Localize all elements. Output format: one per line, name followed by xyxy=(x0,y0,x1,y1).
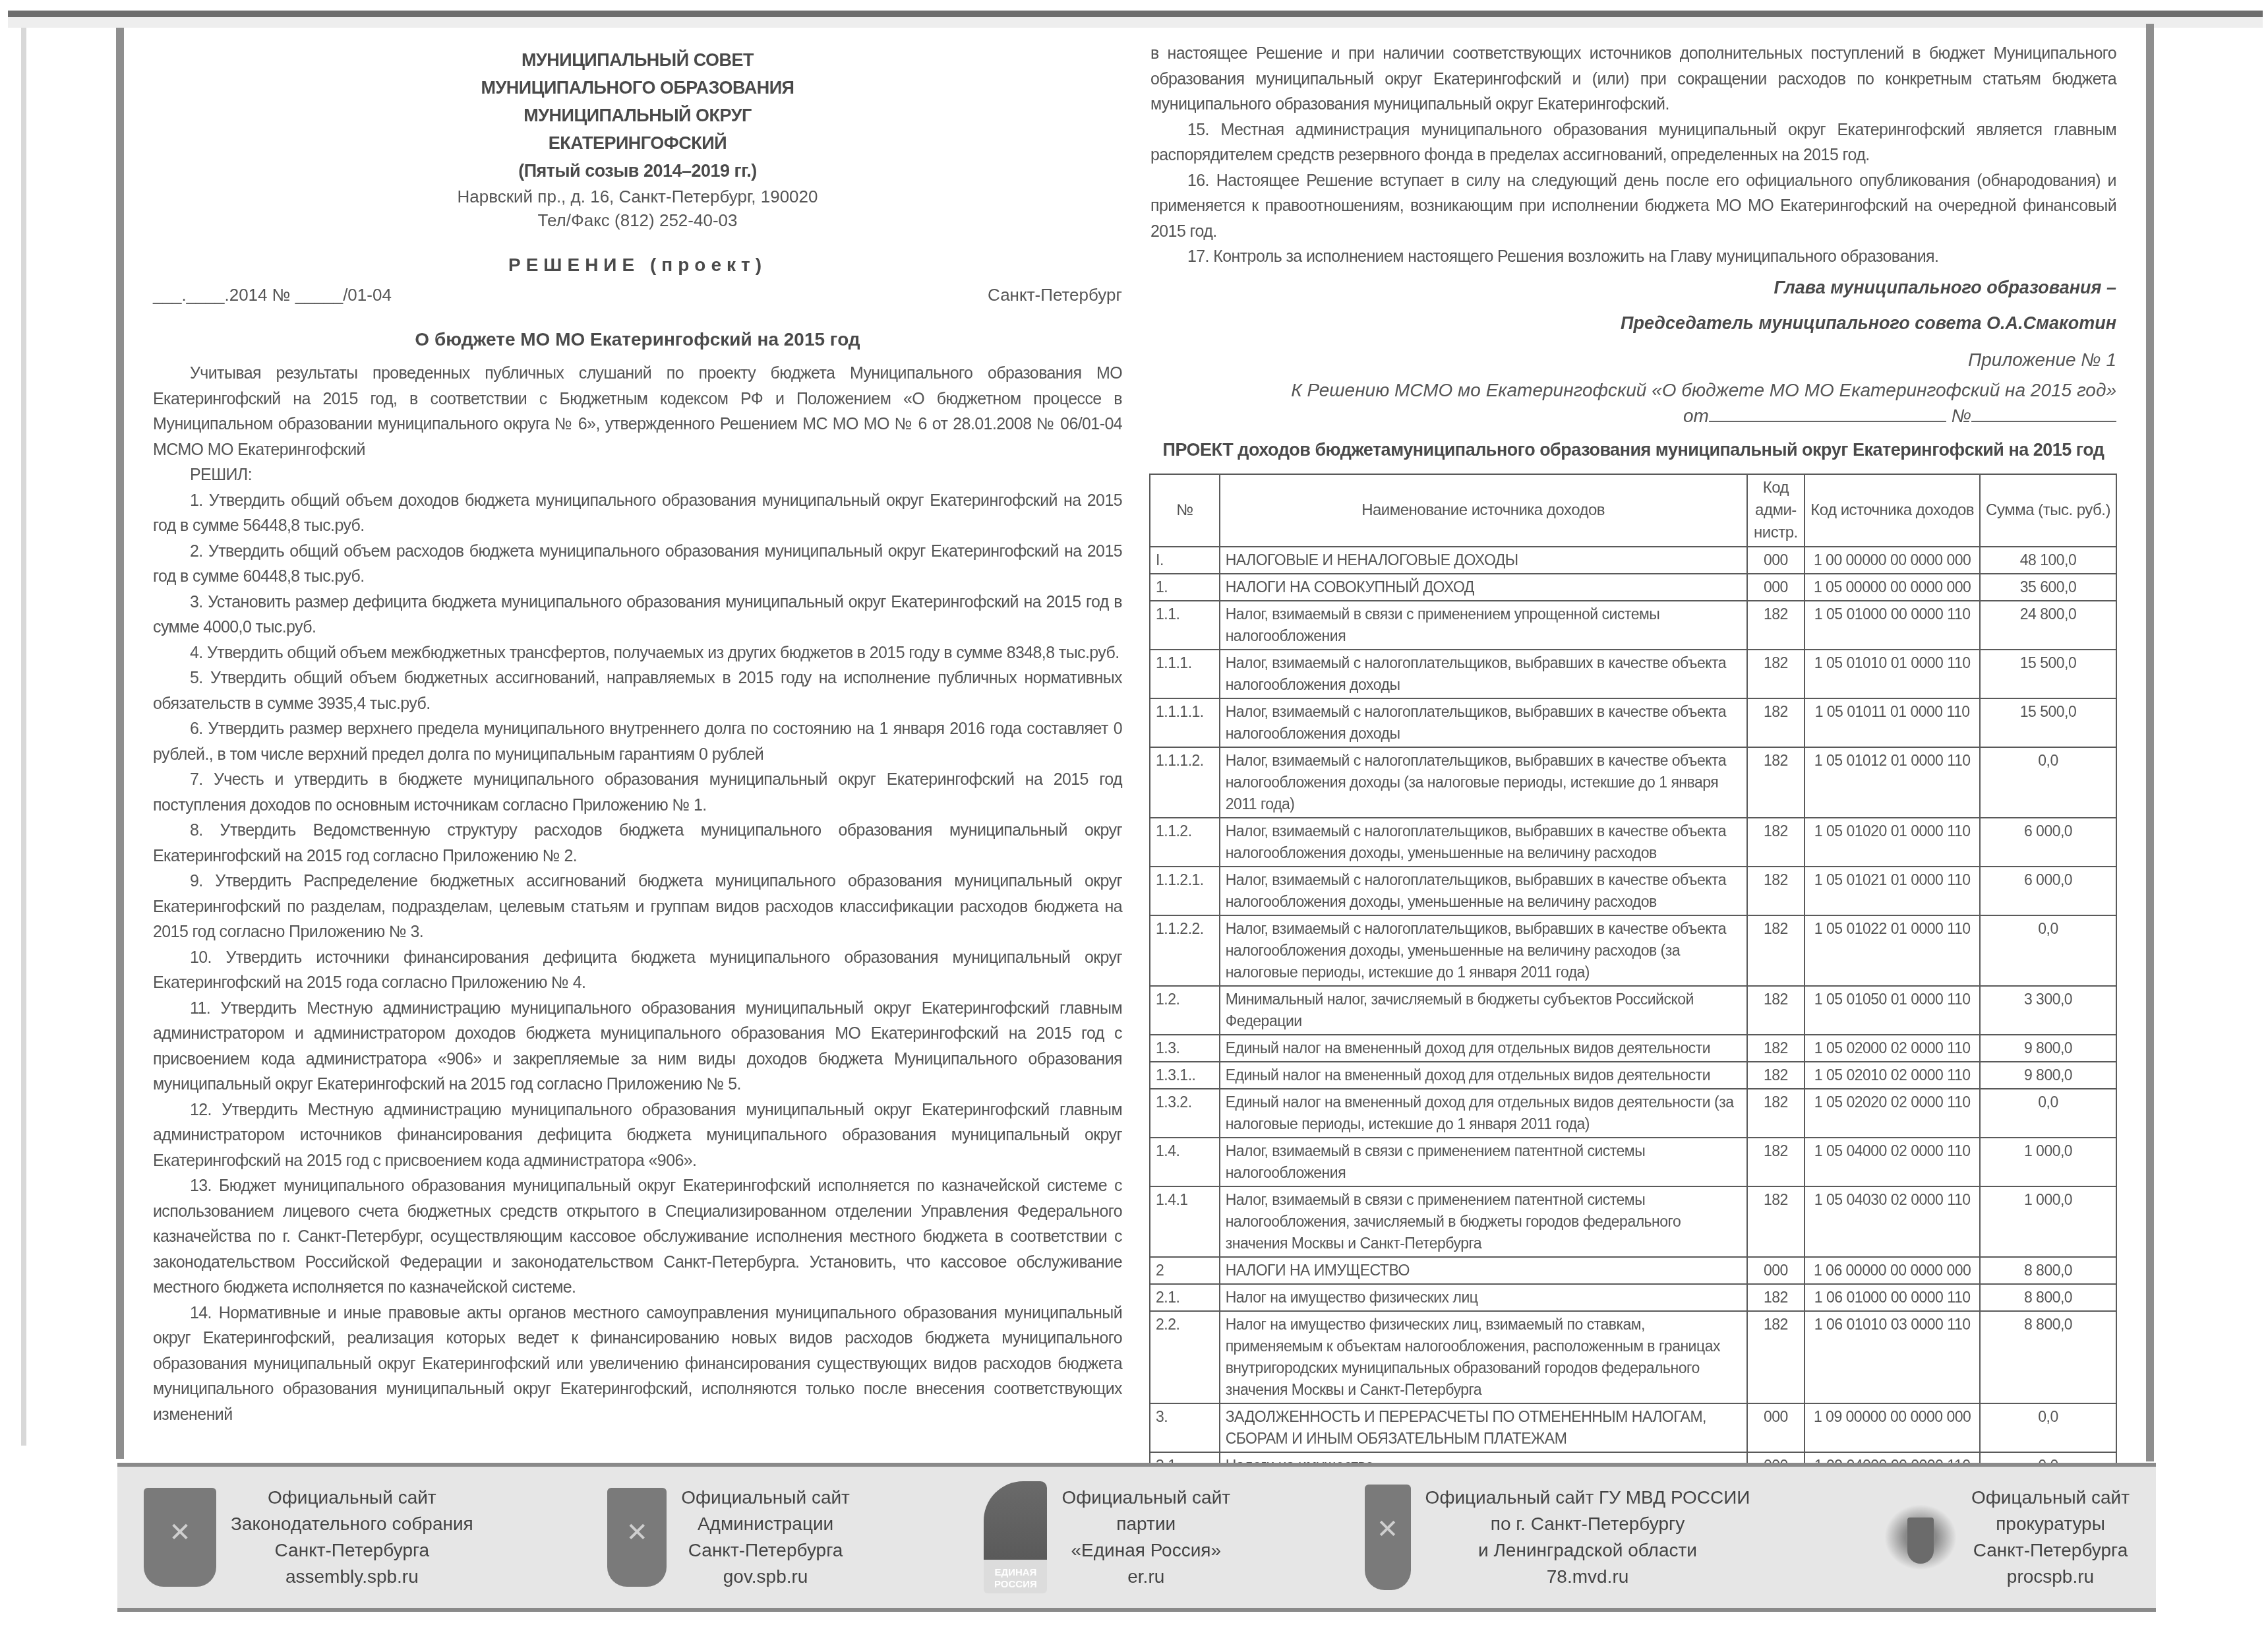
cell-name: НАЛОГИ НА СОВОКУПНЫЙ ДОХОД xyxy=(1220,574,1747,601)
cell-code: 1 05 00000 00 0000 000 xyxy=(1805,574,1980,601)
item-14-continued: в настоящее Решение и при наличии соотве… xyxy=(1150,41,2116,117)
table-row: 2НАЛОГИ НА ИМУЩЕСТВО0001 06 00000 00 000… xyxy=(1150,1257,2116,1284)
footer-url[interactable]: procspb.ru xyxy=(1971,1564,2130,1590)
cell-name: НАЛОГОВЫЕ И НЕНАЛОГОВЫЕ ДОХОДЫ xyxy=(1220,547,1747,574)
cell-name: Налог, взимаемый с налогоплательщиков, в… xyxy=(1220,747,1747,818)
cell-no: 2.1. xyxy=(1150,1284,1220,1311)
cell-admin: 182 xyxy=(1747,698,1805,747)
cell-no: 1.3.2. xyxy=(1150,1089,1220,1138)
cell-code: 1 05 02020 02 0000 110 xyxy=(1805,1089,1980,1138)
official-sites-banner: Официальный сайт Законодательного собран… xyxy=(117,1463,2156,1612)
spb-assembly-emblem-icon xyxy=(144,1488,216,1587)
table-row: 2.2.Налог на имущество физических лиц, в… xyxy=(1150,1311,2116,1403)
decision-body: Учитывая результаты проведенных публичны… xyxy=(153,361,1122,1427)
table-row: 1.4.Налог, взимаемый в связи с применени… xyxy=(1150,1138,2116,1186)
footer-link-text: Офицальный сайт прокуратуры Санкт-Петерб… xyxy=(1971,1485,2130,1590)
cell-name: Налог, взимаемый в связи с применением у… xyxy=(1220,601,1747,650)
footer-line: прокуратуры xyxy=(1971,1511,2130,1537)
cell-sum: 0,0 xyxy=(1980,1403,2116,1452)
cell-name: Минимальный налог, зачисляемый в бюджеты… xyxy=(1220,986,1747,1035)
footer-link-united-russia[interactable]: ЕДИНАЯ РОССИЯ Официальный сайт партии «Е… xyxy=(984,1481,1230,1593)
cell-admin: 182 xyxy=(1747,650,1805,698)
cell-admin: 182 xyxy=(1747,915,1805,986)
cell-name: Единый налог на вмененный доход для отде… xyxy=(1220,1089,1747,1138)
cell-no: 2.2. xyxy=(1150,1311,1220,1403)
cell-no: 1.1.2. xyxy=(1150,818,1220,867)
cell-no: 1.1.2.1. xyxy=(1150,867,1220,915)
footer-line: Официальный сайт ГУ МВД РОССИИ xyxy=(1425,1485,1750,1511)
cell-sum: 6 000,0 xyxy=(1980,867,2116,915)
table-row: 1.4.1Налог, взимаемый в связи с применен… xyxy=(1150,1186,2116,1257)
decision-item: 17. Контроль за исполнением настоящего Р… xyxy=(1150,244,2116,270)
decision-item: 2. Утвердить общий объем расходов бюджет… xyxy=(153,539,1122,590)
table-row: 1.1.Налог, взимаемый в связи с применени… xyxy=(1150,601,2116,650)
cell-sum: 1 000,0 xyxy=(1980,1186,2116,1257)
decision-item: 3. Установить размер дефицита бюджета му… xyxy=(153,590,1122,640)
cell-name: Налог на имущество физических лиц xyxy=(1220,1284,1747,1311)
footer-url[interactable]: 78.mvd.ru xyxy=(1425,1564,1750,1590)
right-column: в настоящее Решение и при наличии соотве… xyxy=(1150,41,2116,1480)
footer-line: по г. Санкт-Петербургу xyxy=(1425,1511,1750,1537)
table-row: 1.1.2.Налог, взимаемый с налогоплательщи… xyxy=(1150,818,2116,867)
footer-link-prosecutor[interactable]: Офицальный сайт прокуратуры Санкт-Петерб… xyxy=(1884,1485,2130,1590)
preamble: Учитывая результаты проведенных публичны… xyxy=(153,361,1122,462)
cell-sum: 9 800,0 xyxy=(1980,1062,2116,1089)
table-row: 1.3.Единый налог на вмененный доход для … xyxy=(1150,1035,2116,1062)
mvd-emblem-icon xyxy=(1365,1485,1411,1590)
decision-item: 5. Утвердить общий объем бюджетных ассиг… xyxy=(153,665,1122,716)
cell-admin: 000 xyxy=(1747,574,1805,601)
footer-url[interactable]: er.ru xyxy=(1061,1564,1230,1590)
cell-admin: 182 xyxy=(1747,1089,1805,1138)
cell-admin: 182 xyxy=(1747,1186,1805,1257)
cell-code: 1 05 01011 01 0000 110 xyxy=(1805,698,1980,747)
footer-link-text: Официальный сайт Законодательного собран… xyxy=(231,1485,473,1590)
cell-no: 1.1.2.2. xyxy=(1150,915,1220,986)
table-header-row: № Наименование источника доходов Код адм… xyxy=(1150,474,2116,547)
footer-line: Законодательного собрания xyxy=(231,1511,473,1537)
table-row: 1.2.Минимальный налог, зачисляемый в бюд… xyxy=(1150,986,2116,1035)
cell-sum: 15 500,0 xyxy=(1980,698,2116,747)
cell-name: Налог на имущество физических лиц, взима… xyxy=(1220,1311,1747,1403)
cell-no: 1.4.1 xyxy=(1150,1186,1220,1257)
table-row: 1.3.2.Единый налог на вмененный доход дл… xyxy=(1150,1089,2116,1138)
cell-name: Налог, взимаемый с налогоплательщиков, в… xyxy=(1220,698,1747,747)
cell-code: 1 05 01050 01 0000 110 xyxy=(1805,986,1980,1035)
table-row: 1.1.2.2.Налог, взимаемый с налогоплатель… xyxy=(1150,915,2116,986)
decision-item: 15. Местная администрация муниципального… xyxy=(1150,117,2116,168)
footer-line: и Ленинградской области xyxy=(1425,1537,1750,1564)
decision-item: 11. Утвердить Местную администрацию муни… xyxy=(153,996,1122,1097)
cell-code: 1 05 01012 01 0000 110 xyxy=(1805,747,1980,818)
income-table-title: ПРОЕКТ доходов бюджетамуниципального обр… xyxy=(1150,440,2116,460)
footer-link-text: Официальный сайт Администрации Санкт-Пет… xyxy=(681,1485,850,1590)
cell-sum: 3 300,0 xyxy=(1980,986,2116,1035)
cell-sum: 24 800,0 xyxy=(1980,601,2116,650)
cell-name: Налог, взимаемый в связи с применением п… xyxy=(1220,1138,1747,1186)
cell-no: 1.4. xyxy=(1150,1138,1220,1186)
cell-admin: 000 xyxy=(1747,547,1805,574)
phone: Тел/Факс (812) 252-40-03 xyxy=(153,208,1122,232)
number-blank xyxy=(1971,421,2116,422)
decision-item: 6. Утвердить размер верхнего предела мун… xyxy=(153,716,1122,767)
cell-sum: 0,0 xyxy=(1980,915,2116,986)
table-row: 1.1.1.1.Налог, взимаемый с налогоплатель… xyxy=(1150,698,2116,747)
signature-name: Председатель муниципального совета О.А.С… xyxy=(1150,305,2116,341)
table-row: 2.1.Налог на имущество физических лиц182… xyxy=(1150,1284,2116,1311)
cell-code: 1 06 01010 03 0000 110 xyxy=(1805,1311,1980,1403)
cell-code: 1 05 04000 02 0000 110 xyxy=(1805,1138,1980,1186)
logo-text: ЕДИНАЯ РОССИЯ xyxy=(984,1567,1047,1591)
cell-no: 1.2. xyxy=(1150,986,1220,1035)
cell-sum: 0,0 xyxy=(1980,747,2116,818)
cell-admin: 182 xyxy=(1747,1035,1805,1062)
cell-no: 2 xyxy=(1150,1257,1220,1284)
col-header-sum: Сумма (тыс. руб.) xyxy=(1980,474,2116,547)
cell-name: Налог, взимаемый в связи с применением п… xyxy=(1220,1186,1747,1257)
prosecutor-eagle-icon xyxy=(1884,1485,1957,1590)
decision-item: 1. Утвердить общий объем доходов бюджета… xyxy=(153,488,1122,539)
cell-admin: 182 xyxy=(1747,867,1805,915)
document-title: О бюджете МО МО Екатерингофский на 2015 … xyxy=(153,329,1122,350)
footer-line: Санкт-Петербурга xyxy=(681,1537,850,1564)
cell-admin: 182 xyxy=(1747,601,1805,650)
footer-line: Официальный сайт xyxy=(1061,1485,1230,1511)
table-row: 1.3.1..Единый налог на вмененный доход д… xyxy=(1150,1062,2116,1089)
cell-name: Единый налог на вмененный доход для отде… xyxy=(1220,1062,1747,1089)
footer-link-text: Официальный сайт ГУ МВД РОССИИ по г. Сан… xyxy=(1425,1485,1750,1590)
cell-code: 1 05 01021 01 0000 110 xyxy=(1805,867,1980,915)
signature-title: Глава муниципального образования – xyxy=(1150,270,2116,305)
decision-item: 12. Утвердить Местную администрацию муни… xyxy=(153,1097,1122,1174)
cell-name: Единый налог на вмененный доход для отде… xyxy=(1220,1035,1747,1062)
spb-coat-of-arms-icon xyxy=(607,1488,667,1587)
number-label: № xyxy=(1952,406,1971,426)
cell-no: 1.1.1. xyxy=(1150,650,1220,698)
cell-sum: 6 000,0 xyxy=(1980,818,2116,867)
cell-admin: 182 xyxy=(1747,1284,1805,1311)
footer-link-mvd[interactable]: Официальный сайт ГУ МВД РОССИИ по г. Сан… xyxy=(1365,1485,1750,1590)
cell-sum: 48 100,0 xyxy=(1980,547,2116,574)
cell-sum: 1 000,0 xyxy=(1980,1138,2116,1186)
footer-line: Санкт-Петербурга xyxy=(1971,1537,2130,1564)
cell-no: 1.1.1.1. xyxy=(1150,698,1220,747)
cell-no: 3. xyxy=(1150,1403,1220,1452)
org-line: МУНИЦИПАЛЬНЫЙ СОВЕТ xyxy=(153,46,1122,74)
org-line: ЕКАТЕРИНГОФСКИЙ xyxy=(153,129,1122,157)
table-row: 1.НАЛОГИ НА СОВОКУПНЫЙ ДОХОД0001 05 0000… xyxy=(1150,574,2116,601)
footer-line: партии xyxy=(1061,1511,1230,1537)
date-blank xyxy=(1709,421,1946,422)
table-row: 3.ЗАДОЛЖЕННОСТЬ И ПЕРЕРАСЧЕТЫ ПО ОТМЕНЕН… xyxy=(1150,1403,2116,1452)
cell-no: 1. xyxy=(1150,574,1220,601)
cell-admin: 182 xyxy=(1747,1062,1805,1089)
footer-line: Официальный сайт xyxy=(231,1485,473,1511)
cell-no: 1.3. xyxy=(1150,1035,1220,1062)
cell-code: 1 00 00000 00 0000 000 xyxy=(1805,547,1980,574)
footer-line: Администрации xyxy=(681,1511,850,1537)
col-header-code: Код источника доходов xyxy=(1805,474,1980,547)
annex-label: Приложение № 1 xyxy=(1150,345,2116,375)
cell-code: 1 05 01022 01 0000 110 xyxy=(1805,915,1980,986)
footer-line: Офицальный сайт xyxy=(1971,1485,2130,1511)
cell-admin: 182 xyxy=(1747,1311,1805,1403)
council-header: МУНИЦИПАЛЬНЫЙ СОВЕТ МУНИЦИПАЛЬНОГО ОБРАЗ… xyxy=(153,46,1122,232)
table-row: I.НАЛОГОВЫЕ И НЕНАЛОГОВЫЕ ДОХОДЫ0001 00 … xyxy=(1150,547,2116,574)
from-label: от xyxy=(1683,406,1709,426)
cell-code: 1 09 00000 00 0000 000 xyxy=(1805,1403,1980,1452)
col-header-no: № xyxy=(1150,474,1220,547)
cell-name: Налог, взимаемый с налогоплательщиков, в… xyxy=(1220,867,1747,915)
cell-admin: 182 xyxy=(1747,986,1805,1035)
col-header-name: Наименование источника доходов xyxy=(1220,474,1747,547)
city: Санкт-Петербург xyxy=(988,285,1122,305)
left-column: МУНИЦИПАЛЬНЫЙ СОВЕТ МУНИЦИПАЛЬНОГО ОБРАЗ… xyxy=(153,46,1122,1427)
cell-admin: 182 xyxy=(1747,1138,1805,1186)
footer-url[interactable]: assembly.spb.ru xyxy=(231,1564,473,1590)
cell-code: 1 05 02000 02 0000 110 xyxy=(1805,1035,1980,1062)
decision-item: 16. Настоящее Решение вступает в силу на… xyxy=(1150,168,2116,245)
decision-item: 8. Утвердить Ведомственную структуру рас… xyxy=(153,818,1122,869)
scan-edge-left xyxy=(21,28,26,1446)
decision-item: 10. Утвердить источники финансирования д… xyxy=(153,945,1122,996)
cell-admin: 000 xyxy=(1747,1257,1805,1284)
page-border-right xyxy=(2146,24,2154,1461)
cell-code: 1 05 01000 00 0000 110 xyxy=(1805,601,1980,650)
cell-admin: 182 xyxy=(1747,747,1805,818)
cell-name: Налог, взимаемый с налогоплательщиков, в… xyxy=(1220,650,1747,698)
footer-link-text: Официальный сайт партии «Единая Россия» … xyxy=(1061,1485,1230,1590)
annex-reference: К Решению МСМО мо Екатерингофский «О бюд… xyxy=(1150,375,2116,406)
date-number: ___.____.2014 № _____/01-04 xyxy=(153,285,392,305)
cell-no: 1.1.1.2. xyxy=(1150,747,1220,818)
decision-item: 14. Нормативные и иные правовые акты орг… xyxy=(153,1301,1122,1428)
table-row: 1.1.1.2.Налог, взимаемый с налогоплатель… xyxy=(1150,747,2116,818)
cell-sum: 9 800,0 xyxy=(1980,1035,2116,1062)
cell-code: 1 05 01010 01 0000 110 xyxy=(1805,650,1980,698)
cell-sum: 8 800,0 xyxy=(1980,1257,2116,1284)
org-line: МУНИЦИПАЛЬНЫЙ ОКРУГ xyxy=(153,102,1122,129)
cell-sum: 15 500,0 xyxy=(1980,650,2116,698)
footer-url[interactable]: gov.spb.ru xyxy=(681,1564,850,1590)
cell-sum: 8 800,0 xyxy=(1980,1311,2116,1403)
decision-item: 13. Бюджет муниципального образования му… xyxy=(153,1173,1122,1301)
decision-item: 4. Утвердить общий объем межбюджетных тр… xyxy=(153,640,1122,666)
table-row: 1.1.2.1.Налог, взимаемый с налогоплатель… xyxy=(1150,867,2116,915)
cell-name: ЗАДОЛЖЕННОСТЬ И ПЕРЕРАСЧЕТЫ ПО ОТМЕНЕННЫ… xyxy=(1220,1403,1747,1452)
page-border-left xyxy=(116,28,124,1459)
cell-sum: 0,0 xyxy=(1980,1089,2116,1138)
footer-line: «Единая Россия» xyxy=(1061,1537,1230,1564)
cell-name: Налог, взимаемый с налогоплательщиков, в… xyxy=(1220,818,1747,867)
address: Нарвский пр., д. 16, Санкт-Петербург, 19… xyxy=(153,185,1122,208)
cell-code: 1 05 04030 02 0000 110 xyxy=(1805,1186,1980,1257)
scan-margin-top xyxy=(8,17,2263,28)
footer-line: Официальный сайт xyxy=(681,1485,850,1511)
convocation: (Пятый созыв 2014–2019 гг.) xyxy=(153,157,1122,185)
cell-name: НАЛОГИ НА ИМУЩЕСТВО xyxy=(1220,1257,1747,1284)
resolved-label: РЕШИЛ: xyxy=(153,462,1122,488)
dateline: ___.____.2014 № _____/01-04 Санкт-Петерб… xyxy=(153,285,1122,305)
footer-link-administration[interactable]: Официальный сайт Администрации Санкт-Пет… xyxy=(607,1485,850,1590)
footer-link-assembly[interactable]: Официальный сайт Законодательного собран… xyxy=(144,1485,473,1590)
cell-code: 1 06 00000 00 0000 000 xyxy=(1805,1257,1980,1284)
decision-item: 7. Учесть и утвердить в бюджете муниципа… xyxy=(153,767,1122,818)
col-header-admin: Код адми-нистр. xyxy=(1747,474,1805,547)
cell-code: 1 06 01000 00 0000 110 xyxy=(1805,1284,1980,1311)
cell-no: I. xyxy=(1150,547,1220,574)
footer-line: Санкт-Петербурга xyxy=(231,1537,473,1564)
decision-item: 9. Утвердить Распределение бюджетных асс… xyxy=(153,869,1122,945)
cell-code: 1 05 02010 02 0000 110 xyxy=(1805,1062,1980,1089)
org-line: МУНИЦИПАЛЬНОГО ОБРАЗОВАНИЯ xyxy=(153,74,1122,102)
annex-date-number: от № xyxy=(1150,406,2116,427)
cell-no: 1.3.1.. xyxy=(1150,1062,1220,1089)
table-row: 1.1.1.Налог, взимаемый с налогоплательщи… xyxy=(1150,650,2116,698)
cell-no: 1.1. xyxy=(1150,601,1220,650)
cell-sum: 35 600,0 xyxy=(1980,574,2116,601)
united-russia-bear-icon: ЕДИНАЯ РОССИЯ xyxy=(984,1481,1047,1593)
cell-name: Налог, взимаемый с налогоплательщиков, в… xyxy=(1220,915,1747,986)
scan-edge-top xyxy=(8,11,2263,17)
cell-admin: 000 xyxy=(1747,1403,1805,1452)
cell-admin: 182 xyxy=(1747,818,1805,867)
income-table: № Наименование источника доходов Код адм… xyxy=(1149,474,2117,1480)
cell-code: 1 05 01020 01 0000 110 xyxy=(1805,818,1980,867)
cell-sum: 8 800,0 xyxy=(1980,1284,2116,1311)
decision-label: РЕШЕНИЕ (проект) xyxy=(153,255,1122,276)
